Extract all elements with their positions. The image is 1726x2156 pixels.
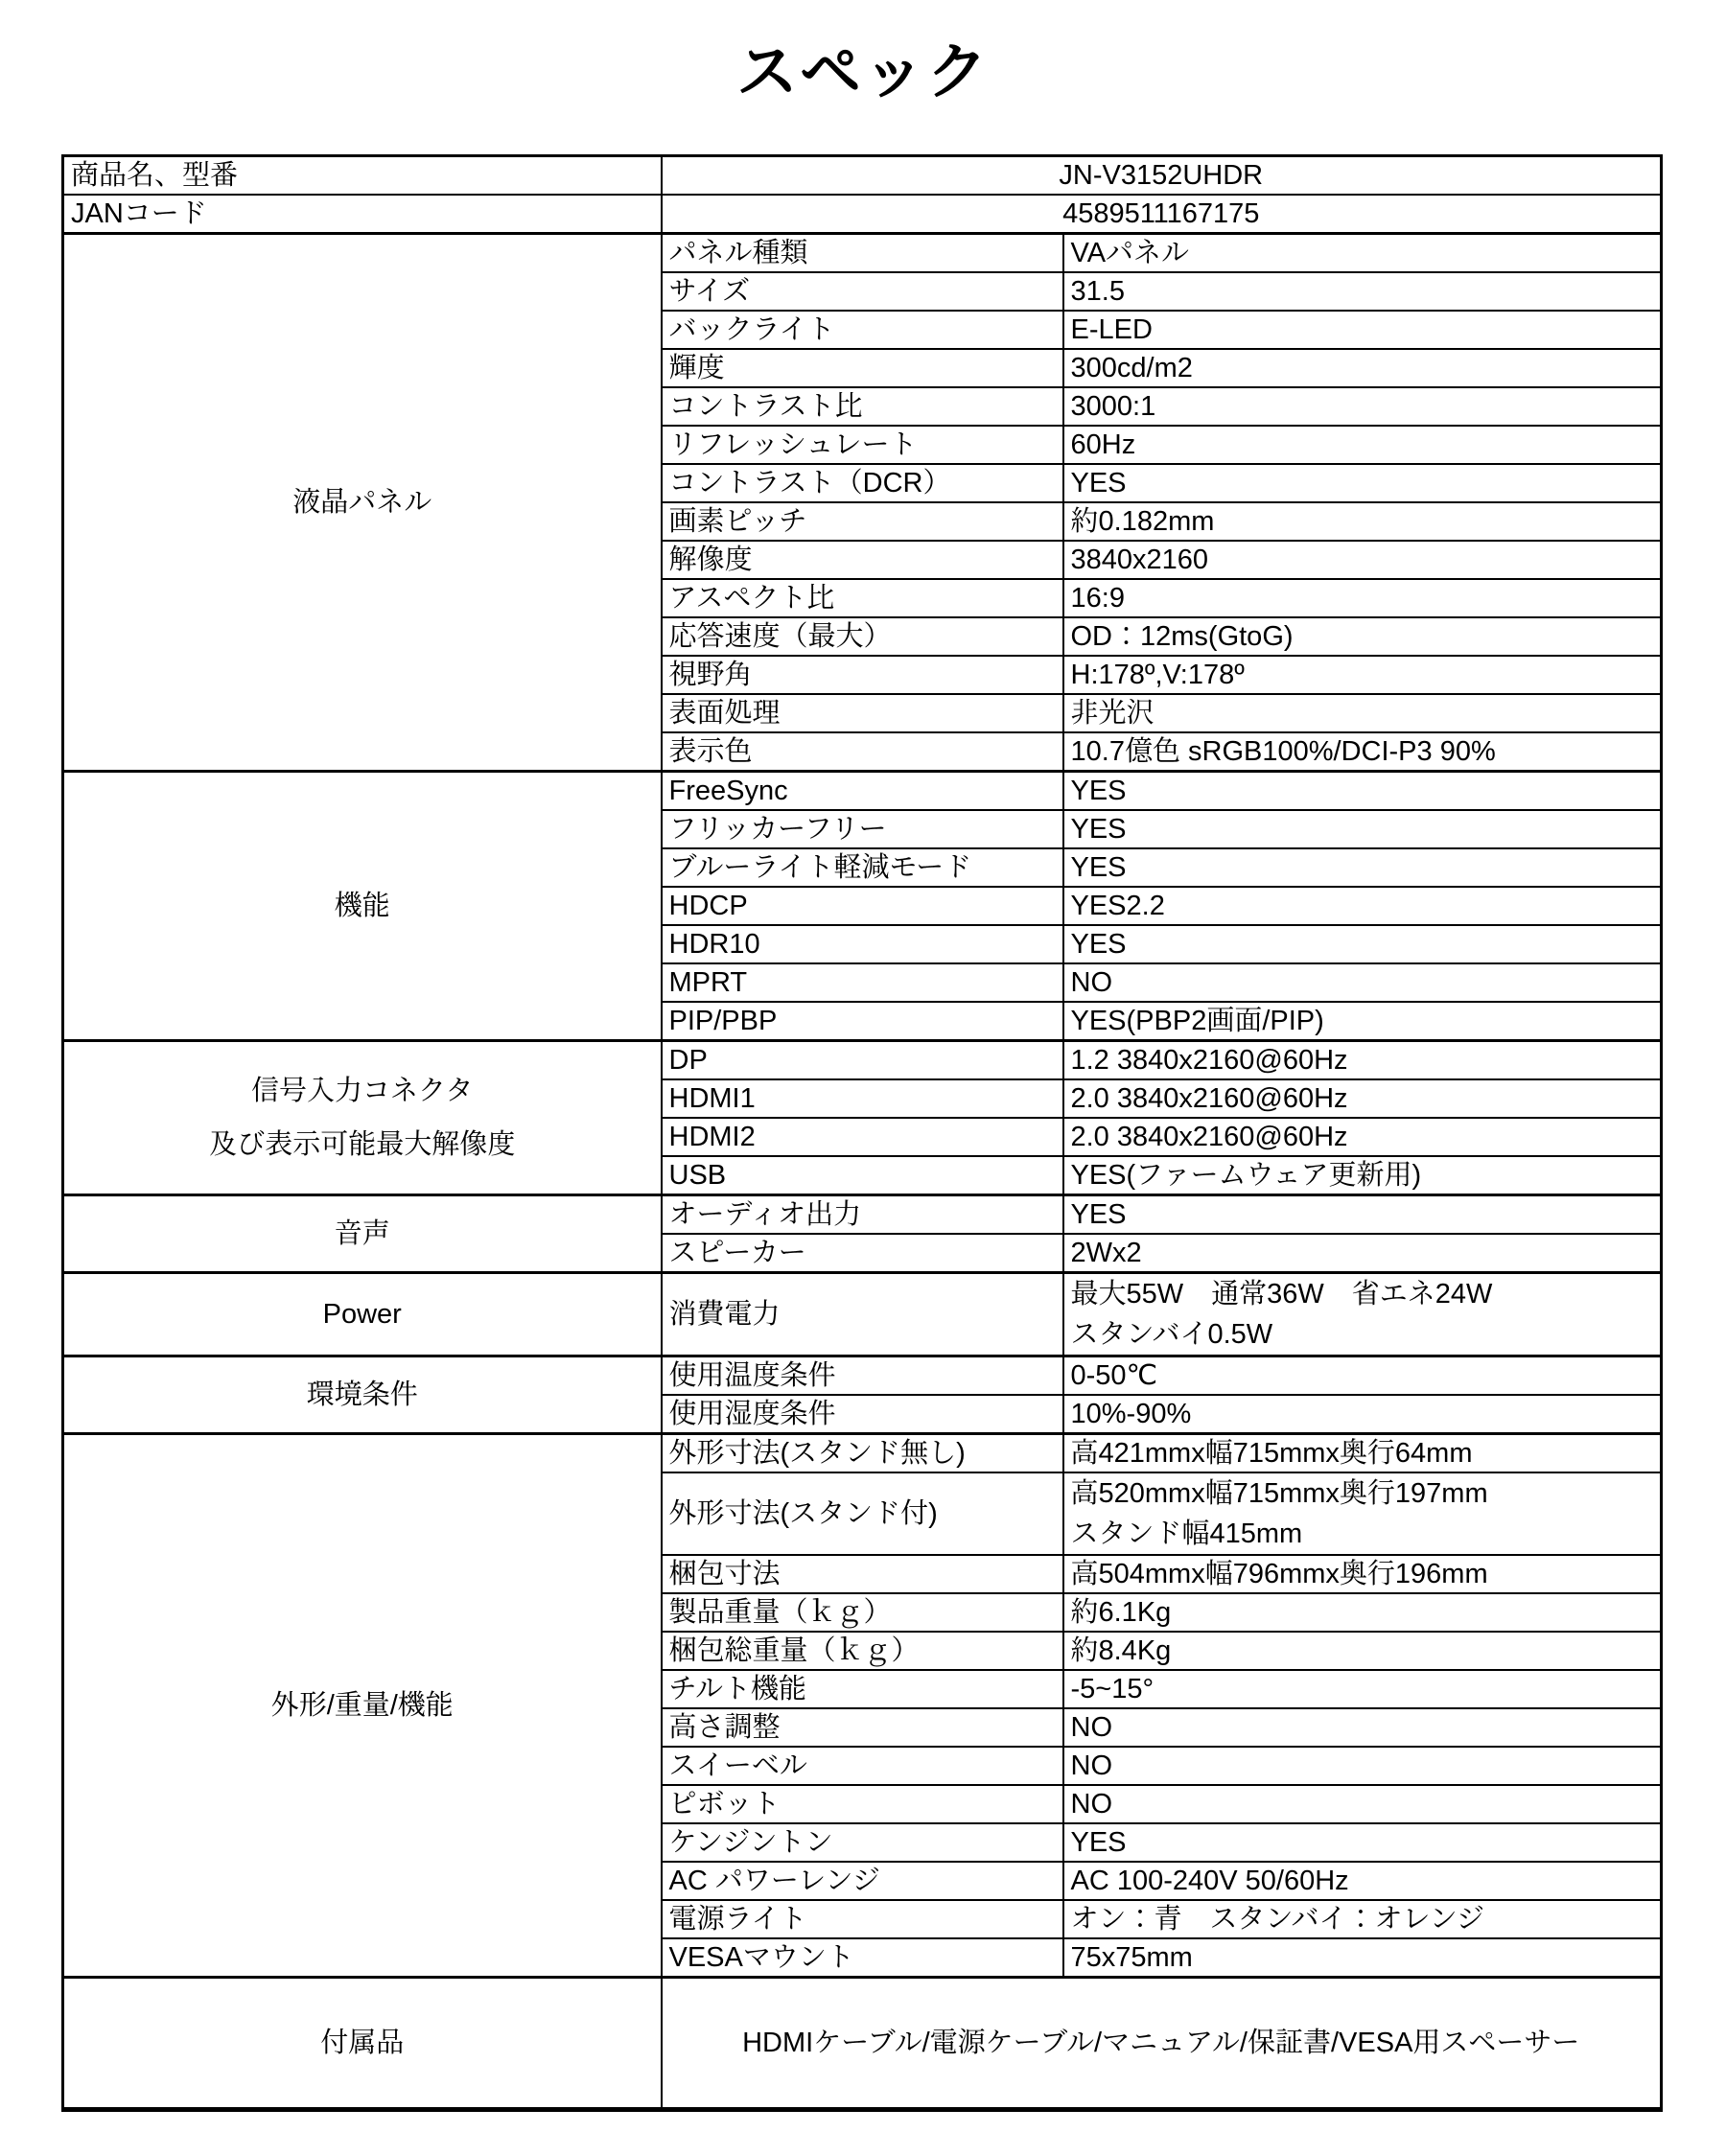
section-label-line: Power xyxy=(64,1287,661,1341)
value-line: YES xyxy=(1071,1824,1657,1861)
spec-row: 音声オーディオ出力YES xyxy=(63,1195,1662,1235)
spec-row: Power消費電力最大55W 通常36W 省エネ24Wスタンバイ0.5W xyxy=(63,1273,1662,1356)
value-line: オン：青 スタンバイ：オレンジ xyxy=(1071,1901,1657,1937)
value-line: 3000:1 xyxy=(1071,388,1657,425)
attr-label: 電源ライト xyxy=(669,1901,1059,1937)
spec-table: 商品名、型番JN-V3152UHDRJANコード4589511167175液晶パ… xyxy=(61,154,1663,2112)
value-line: 2.0 3840x2160@60Hz xyxy=(1071,1119,1657,1155)
attr-label: HDMI1 xyxy=(669,1080,1059,1117)
attr-label: 輝度 xyxy=(669,350,1059,386)
attr-cell: 梱包寸法 xyxy=(662,1555,1063,1593)
attr-cell: PIP/PBP xyxy=(662,1002,1063,1041)
attr-cell: 高さ調整 xyxy=(662,1708,1063,1747)
section-label-line: 音声 xyxy=(64,1207,661,1261)
accessories-row: 付属品HDMIケーブル/電源ケーブル/マニュアル/保証書/VESA用スペーサー xyxy=(63,1978,1662,2110)
header-value: JN-V3152UHDR xyxy=(663,157,1661,194)
attr-cell: アスペクト比 xyxy=(662,579,1063,617)
value-cell: 2Wx2 xyxy=(1063,1234,1662,1273)
attr-cell: HDCP xyxy=(662,887,1063,925)
value-line: スタンバイ0.5W xyxy=(1071,1314,1657,1355)
value-cell: 非光沢 xyxy=(1063,694,1662,732)
attr-cell: 視野角 xyxy=(662,656,1063,694)
value-cell: AC 100-240V 50/60Hz xyxy=(1063,1862,1662,1900)
value-line: 約0.182mm xyxy=(1071,503,1657,540)
attr-cell: 画素ピッチ xyxy=(662,502,1063,541)
attr-label: 表示色 xyxy=(669,733,1059,770)
attr-cell: コントラスト比 xyxy=(662,387,1063,426)
value-line: 1.2 3840x2160@60Hz xyxy=(1071,1042,1657,1078)
value-line: 非光沢 xyxy=(1071,695,1657,731)
value-line: YES xyxy=(1071,465,1657,501)
attr-label: リフレッシュレート xyxy=(669,427,1059,463)
value-cell: 2.0 3840x2160@60Hz xyxy=(1063,1118,1662,1156)
value-cell: 60Hz xyxy=(1063,426,1662,464)
attr-label: 表面処理 xyxy=(669,695,1059,731)
attr-cell: パネル種類 xyxy=(662,234,1063,273)
value-cell: 約6.1Kg xyxy=(1063,1593,1662,1632)
value-line: 3840x2160 xyxy=(1071,542,1657,578)
value-cell: 10%-90% xyxy=(1063,1395,1662,1434)
attr-label: DP xyxy=(669,1042,1059,1078)
value-cell: 3000:1 xyxy=(1063,387,1662,426)
value-line: 10%-90% xyxy=(1071,1396,1657,1432)
value-line: AC 100-240V 50/60Hz xyxy=(1071,1863,1657,1899)
attr-cell: 表示色 xyxy=(662,732,1063,772)
value-cell: 2.0 3840x2160@60Hz xyxy=(1063,1079,1662,1118)
attr-cell: サイズ xyxy=(662,272,1063,311)
accessories-value-line: HDMIケーブル/電源ケーブル/マニュアル/保証書/VESA用スペーサー xyxy=(663,2025,1661,2061)
value-line: NO xyxy=(1071,1709,1657,1746)
value-line: 2Wx2 xyxy=(1071,1235,1657,1271)
attr-cell: HDMI1 xyxy=(662,1079,1063,1118)
value-cell: NO xyxy=(1063,1747,1662,1785)
attr-label: スピーカー xyxy=(669,1235,1059,1271)
section-label-line: 液晶パネル xyxy=(64,475,661,529)
section-label-cell: 音声 xyxy=(63,1195,662,1273)
attr-label: コントラスト（DCR） xyxy=(669,465,1059,501)
value-line: 60Hz xyxy=(1071,427,1657,463)
attr-cell: スピーカー xyxy=(662,1234,1063,1273)
value-cell: YES xyxy=(1063,925,1662,963)
value-cell: YES(PBP2画面/PIP) xyxy=(1063,1002,1662,1041)
attr-cell: 表面処理 xyxy=(662,694,1063,732)
header-value-cell: JN-V3152UHDR xyxy=(662,156,1662,196)
value-line: 高504mmx幅796mmx奥行196mm xyxy=(1071,1556,1657,1592)
value-line: スタンド幅415mm xyxy=(1071,1514,1657,1554)
attr-label: 画素ピッチ xyxy=(669,503,1059,540)
value-line: YES xyxy=(1071,849,1657,886)
attr-label: スイーベル xyxy=(669,1748,1059,1784)
value-cell: VAパネル xyxy=(1063,234,1662,273)
attr-cell: バックライト xyxy=(662,311,1063,349)
attr-label: FreeSync xyxy=(669,773,1059,809)
attr-label: USB xyxy=(669,1157,1059,1194)
value-cell: 3840x2160 xyxy=(1063,541,1662,579)
value-cell: 16:9 xyxy=(1063,579,1662,617)
value-cell: YES2.2 xyxy=(1063,887,1662,925)
section-label-cell: 付属品 xyxy=(63,1978,662,2110)
value-cell: -5~15° xyxy=(1063,1670,1662,1708)
attr-label: AC パワーレンジ xyxy=(669,1863,1059,1899)
value-line: YES xyxy=(1071,1196,1657,1233)
value-line: E-LED xyxy=(1071,312,1657,348)
attr-cell: 使用温度条件 xyxy=(662,1356,1063,1396)
value-line: NO xyxy=(1071,1748,1657,1784)
attr-label: ケンジントン xyxy=(669,1824,1059,1861)
value-line: -5~15° xyxy=(1071,1671,1657,1707)
section-label-cell: Power xyxy=(63,1273,662,1356)
value-line: 10.7億色 sRGB100%/DCI-P3 90% xyxy=(1071,733,1657,770)
attr-label: PIP/PBP xyxy=(669,1003,1059,1039)
attr-cell: ブルーライト軽減モード xyxy=(662,848,1063,887)
attr-label: バックライト xyxy=(669,312,1059,348)
section-label-cell: 信号入力コネクタ及び表示可能最大解像度 xyxy=(63,1041,662,1195)
value-cell: 10.7億色 sRGB100%/DCI-P3 90% xyxy=(1063,732,1662,772)
value-cell: YES xyxy=(1063,1195,1662,1235)
attr-cell: HDMI2 xyxy=(662,1118,1063,1156)
attr-label: 梱包総重量（ｋｇ） xyxy=(669,1633,1059,1669)
value-cell: 1.2 3840x2160@60Hz xyxy=(1063,1041,1662,1080)
value-cell: E-LED xyxy=(1063,311,1662,349)
value-cell: 0-50℃ xyxy=(1063,1356,1662,1396)
value-line: 最大55W 通常36W 省エネ24W xyxy=(1071,1274,1657,1314)
attr-cell: 電源ライト xyxy=(662,1900,1063,1938)
attr-label: サイズ xyxy=(669,273,1059,310)
attr-cell: 応答速度（最大） xyxy=(662,617,1063,656)
section-label-cell: 液晶パネル xyxy=(63,234,662,772)
section-label-line: 環境条件 xyxy=(64,1368,661,1422)
spec-table-body: 商品名、型番JN-V3152UHDRJANコード4589511167175液晶パ… xyxy=(63,156,1662,2110)
value-cell: NO xyxy=(1063,1785,1662,1823)
attr-label: VESAマウント xyxy=(669,1939,1059,1976)
section-label-line: 信号入力コネクタ xyxy=(64,1064,661,1118)
header-label-cell: JANコード xyxy=(63,195,662,234)
value-line: YES(PBP2画面/PIP) xyxy=(1071,1003,1657,1039)
value-cell: YES xyxy=(1063,1823,1662,1862)
value-line: 31.5 xyxy=(1071,273,1657,310)
attr-cell: 輝度 xyxy=(662,349,1063,387)
section-label-line: 付属品 xyxy=(64,2016,661,2070)
attr-label: パネル種類 xyxy=(669,235,1059,271)
attr-label: 消費電力 xyxy=(669,1296,1059,1333)
attr-cell: チルト機能 xyxy=(662,1670,1063,1708)
value-cell: YES xyxy=(1063,464,1662,502)
header-label-cell: 商品名、型番 xyxy=(63,156,662,196)
page-title: スペック xyxy=(0,23,1726,111)
value-line: 高520mmx幅715mmx奥行197mm xyxy=(1071,1473,1657,1514)
value-cell: オン：青 スタンバイ：オレンジ xyxy=(1063,1900,1662,1938)
value-cell: 最大55W 通常36W 省エネ24Wスタンバイ0.5W xyxy=(1063,1273,1662,1356)
value-cell: NO xyxy=(1063,963,1662,1002)
value-line: YES xyxy=(1071,773,1657,809)
attr-cell: スイーベル xyxy=(662,1747,1063,1785)
attr-cell: フリッカーフリー xyxy=(662,810,1063,848)
value-cell: YES xyxy=(1063,848,1662,887)
attr-cell: HDR10 xyxy=(662,925,1063,963)
attr-label: アスペクト比 xyxy=(669,580,1059,616)
spec-page: スペック 商品名、型番JN-V3152UHDRJANコード45895111671… xyxy=(0,0,1726,2156)
attr-cell: ケンジントン xyxy=(662,1823,1063,1862)
spec-row: 外形/重量/機能外形寸法(スタンド無し)高421mmx幅715mmx奥行64mm xyxy=(63,1434,1662,1473)
attr-label: 解像度 xyxy=(669,542,1059,578)
value-line: YES(ファームウェア更新用) xyxy=(1071,1157,1657,1194)
attr-cell: MPRT xyxy=(662,963,1063,1002)
value-cell: YES xyxy=(1063,810,1662,848)
value-line: 約8.4Kg xyxy=(1071,1633,1657,1669)
value-cell: 高421mmx幅715mmx奥行64mm xyxy=(1063,1434,1662,1473)
value-line: 2.0 3840x2160@60Hz xyxy=(1071,1080,1657,1117)
value-line: 16:9 xyxy=(1071,580,1657,616)
header-label: 商品名、型番 xyxy=(71,157,657,194)
attr-cell: リフレッシュレート xyxy=(662,426,1063,464)
header-value: 4589511167175 xyxy=(663,196,1661,232)
value-line: 高421mmx幅715mmx奥行64mm xyxy=(1071,1435,1657,1472)
attr-cell: 梱包総重量（ｋｇ） xyxy=(662,1632,1063,1670)
attr-label: ブルーライト軽減モード xyxy=(669,849,1059,886)
attr-cell: USB xyxy=(662,1156,1063,1195)
attr-label: 高さ調整 xyxy=(669,1709,1059,1746)
attr-label: HDR10 xyxy=(669,926,1059,962)
attr-cell: 消費電力 xyxy=(662,1273,1063,1356)
section-label-line: 外形/重量/機能 xyxy=(64,1679,661,1732)
value-line: VAパネル xyxy=(1071,235,1657,271)
value-line: 75x75mm xyxy=(1071,1939,1657,1976)
value-cell: OD：12ms(GtoG) xyxy=(1063,617,1662,656)
section-label-cell: 環境条件 xyxy=(63,1356,662,1434)
value-line: 0-50℃ xyxy=(1071,1357,1657,1394)
attr-label: チルト機能 xyxy=(669,1671,1059,1707)
value-cell: 高520mmx幅715mmx奥行197mmスタンド幅415mm xyxy=(1063,1472,1662,1555)
attr-cell: 外形寸法(スタンド付) xyxy=(662,1472,1063,1555)
attr-cell: コントラスト（DCR） xyxy=(662,464,1063,502)
value-line: YES xyxy=(1071,811,1657,847)
value-cell: 高504mmx幅796mmx奥行196mm xyxy=(1063,1555,1662,1593)
spec-row: 機能FreeSyncYES xyxy=(63,772,1662,811)
section-label-cell: 外形/重量/機能 xyxy=(63,1434,662,1978)
attr-label: 使用湿度条件 xyxy=(669,1396,1059,1432)
section-label-line: 及び表示可能最大解像度 xyxy=(64,1118,661,1171)
attr-label: 梱包寸法 xyxy=(669,1556,1059,1592)
value-cell: 31.5 xyxy=(1063,272,1662,311)
header-value-cell: 4589511167175 xyxy=(662,195,1662,234)
value-line: 約6.1Kg xyxy=(1071,1594,1657,1631)
attr-cell: ピボット xyxy=(662,1785,1063,1823)
header-label: JANコード xyxy=(71,196,657,232)
value-line: YES2.2 xyxy=(1071,888,1657,924)
attr-label: ピボット xyxy=(669,1786,1059,1822)
attr-cell: FreeSync xyxy=(662,772,1063,811)
value-line: NO xyxy=(1071,1786,1657,1822)
value-cell: 約8.4Kg xyxy=(1063,1632,1662,1670)
value-cell: NO xyxy=(1063,1708,1662,1747)
section-label-line: 機能 xyxy=(64,879,661,933)
attr-label: 応答速度（最大） xyxy=(669,618,1059,655)
attr-label: MPRT xyxy=(669,964,1059,1001)
section-label-cell: 機能 xyxy=(63,772,662,1041)
attr-label: 視野角 xyxy=(669,657,1059,693)
attr-cell: AC パワーレンジ xyxy=(662,1862,1063,1900)
value-cell: YES xyxy=(1063,772,1662,811)
attr-label: オーディオ出力 xyxy=(669,1196,1059,1233)
spec-row: 液晶パネルパネル種類VAパネル xyxy=(63,234,1662,273)
value-line: OD：12ms(GtoG) xyxy=(1071,618,1657,655)
attr-cell: オーディオ出力 xyxy=(662,1195,1063,1235)
attr-cell: VESAマウント xyxy=(662,1938,1063,1978)
value-line: YES xyxy=(1071,926,1657,962)
value-line: H:178º,V:178º xyxy=(1071,657,1657,693)
header-row: 商品名、型番JN-V3152UHDR xyxy=(63,156,1662,196)
attr-label: フリッカーフリー xyxy=(669,811,1059,847)
value-cell: 75x75mm xyxy=(1063,1938,1662,1978)
value-cell: 300cd/m2 xyxy=(1063,349,1662,387)
attr-cell: 製品重量（ｋｇ） xyxy=(662,1593,1063,1632)
accessories-value-cell: HDMIケーブル/電源ケーブル/マニュアル/保証書/VESA用スペーサー xyxy=(662,1978,1662,2110)
spec-row: 信号入力コネクタ及び表示可能最大解像度DP1.2 3840x2160@60Hz xyxy=(63,1041,1662,1080)
attr-cell: 外形寸法(スタンド無し) xyxy=(662,1434,1063,1473)
value-line: NO xyxy=(1071,964,1657,1001)
attr-label: 外形寸法(スタンド付) xyxy=(669,1495,1059,1532)
attr-cell: DP xyxy=(662,1041,1063,1080)
attr-label: コントラスト比 xyxy=(669,388,1059,425)
value-line: 300cd/m2 xyxy=(1071,350,1657,386)
attr-cell: 使用湿度条件 xyxy=(662,1395,1063,1434)
header-row: JANコード4589511167175 xyxy=(63,195,1662,234)
value-cell: YES(ファームウェア更新用) xyxy=(1063,1156,1662,1195)
attr-label: HDMI2 xyxy=(669,1119,1059,1155)
attr-cell: 解像度 xyxy=(662,541,1063,579)
attr-label: 製品重量（ｋｇ） xyxy=(669,1594,1059,1631)
attr-label: 外形寸法(スタンド無し) xyxy=(669,1435,1059,1472)
value-cell: H:178º,V:178º xyxy=(1063,656,1662,694)
spec-row: 環境条件使用温度条件0-50℃ xyxy=(63,1356,1662,1396)
attr-label: HDCP xyxy=(669,888,1059,924)
attr-label: 使用温度条件 xyxy=(669,1357,1059,1394)
value-cell: 約0.182mm xyxy=(1063,502,1662,541)
